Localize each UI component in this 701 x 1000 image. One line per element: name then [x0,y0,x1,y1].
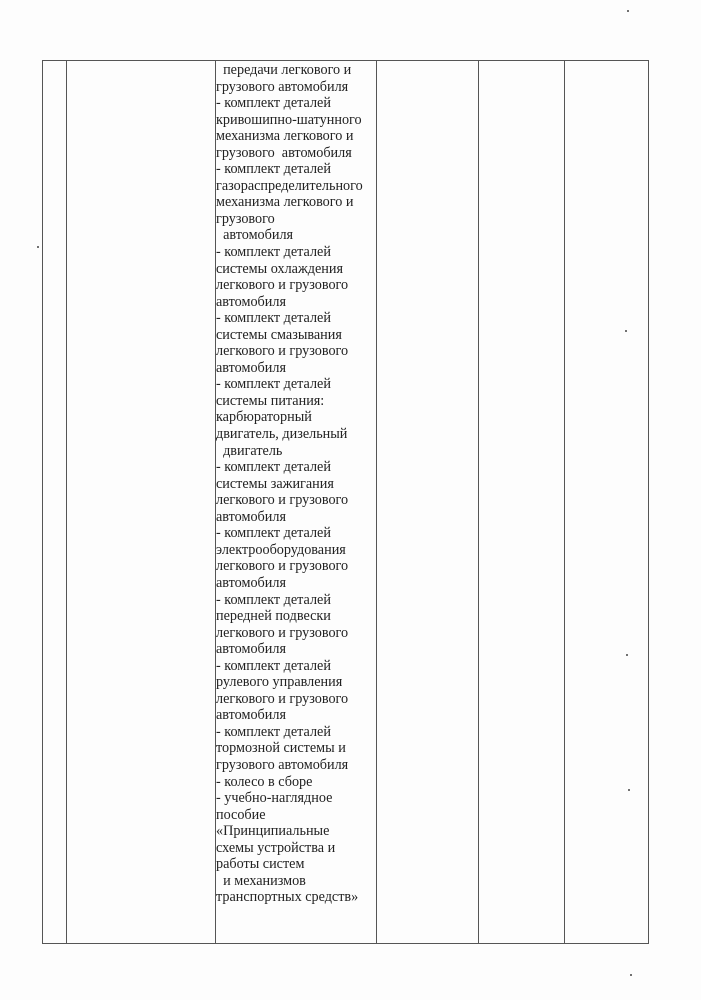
list-line: легкового и грузового [216,277,376,294]
list-line: передней подвески [216,608,376,625]
list-line: - комплект деталей [216,310,376,327]
list-line: грузового автомобиля [216,145,376,162]
list-line: двигатель, дизельный [216,426,376,443]
list-line: передачи легкового и [216,62,376,79]
list-line: газораспределительного [216,178,376,195]
list-line: кривошипно-шатунного [216,112,376,129]
list-line: - комплект деталей [216,592,376,609]
list-line: рулевого управления [216,674,376,691]
list-line: механизма легкового и [216,194,376,211]
scan-speck [625,330,627,332]
list-line: - колесо в сборе [216,774,376,791]
list-line: транспортных средств» [216,889,376,906]
scanned-page: передачи легкового игрузового автомобиля… [0,0,701,1000]
list-line: работы систем [216,856,376,873]
column-divider-3 [376,60,377,944]
list-line: автомобиля [216,575,376,592]
equipment-list-cell: передачи легкового игрузового автомобиля… [216,62,376,906]
list-line: системы смазывания [216,327,376,344]
list-line: системы охлаждения [216,261,376,278]
list-line: и механизмов [216,873,376,890]
list-line: двигатель [216,443,376,460]
list-line: - комплект деталей [216,724,376,741]
column-divider-4 [478,60,479,944]
scan-speck [37,246,39,248]
list-line: легкового и грузового [216,691,376,708]
list-line: «Принципиальные [216,823,376,840]
list-line: - комплект деталей [216,525,376,542]
list-line: автомобиля [216,509,376,526]
list-line: автомобиля [216,641,376,658]
column-divider-5 [564,60,565,944]
list-line: карбюраторный [216,409,376,426]
list-line: тормозной системы и [216,740,376,757]
list-line: системы зажигания [216,476,376,493]
list-line: системы питания: [216,393,376,410]
list-line: грузового автомобиля [216,757,376,774]
list-line: легкового и грузового [216,558,376,575]
list-line: грузового автомобиля [216,79,376,96]
list-line: электрооборудования [216,542,376,559]
list-line: грузового [216,211,376,228]
scan-speck [626,654,628,656]
scan-speck [627,10,629,12]
list-line: автомобиля [216,227,376,244]
list-line: - комплект деталей [216,95,376,112]
column-divider-1 [66,60,67,944]
list-line: - комплект деталей [216,658,376,675]
list-line: механизма легкового и [216,128,376,145]
list-line: - комплект деталей [216,244,376,261]
list-line: автомобиля [216,707,376,724]
list-line: - комплект деталей [216,376,376,393]
list-line: схемы устройства и [216,840,376,857]
list-line: - комплект деталей [216,459,376,476]
list-line: - комплект деталей [216,161,376,178]
list-line: автомобиля [216,360,376,377]
list-line: - учебно-наглядное [216,790,376,807]
scan-speck [628,789,630,791]
list-line: легкового и грузового [216,625,376,642]
list-line: легкового и грузового [216,492,376,509]
list-line: легкового и грузового [216,343,376,360]
list-line: пособие [216,807,376,824]
list-line: автомобиля [216,294,376,311]
scan-speck [630,974,632,976]
